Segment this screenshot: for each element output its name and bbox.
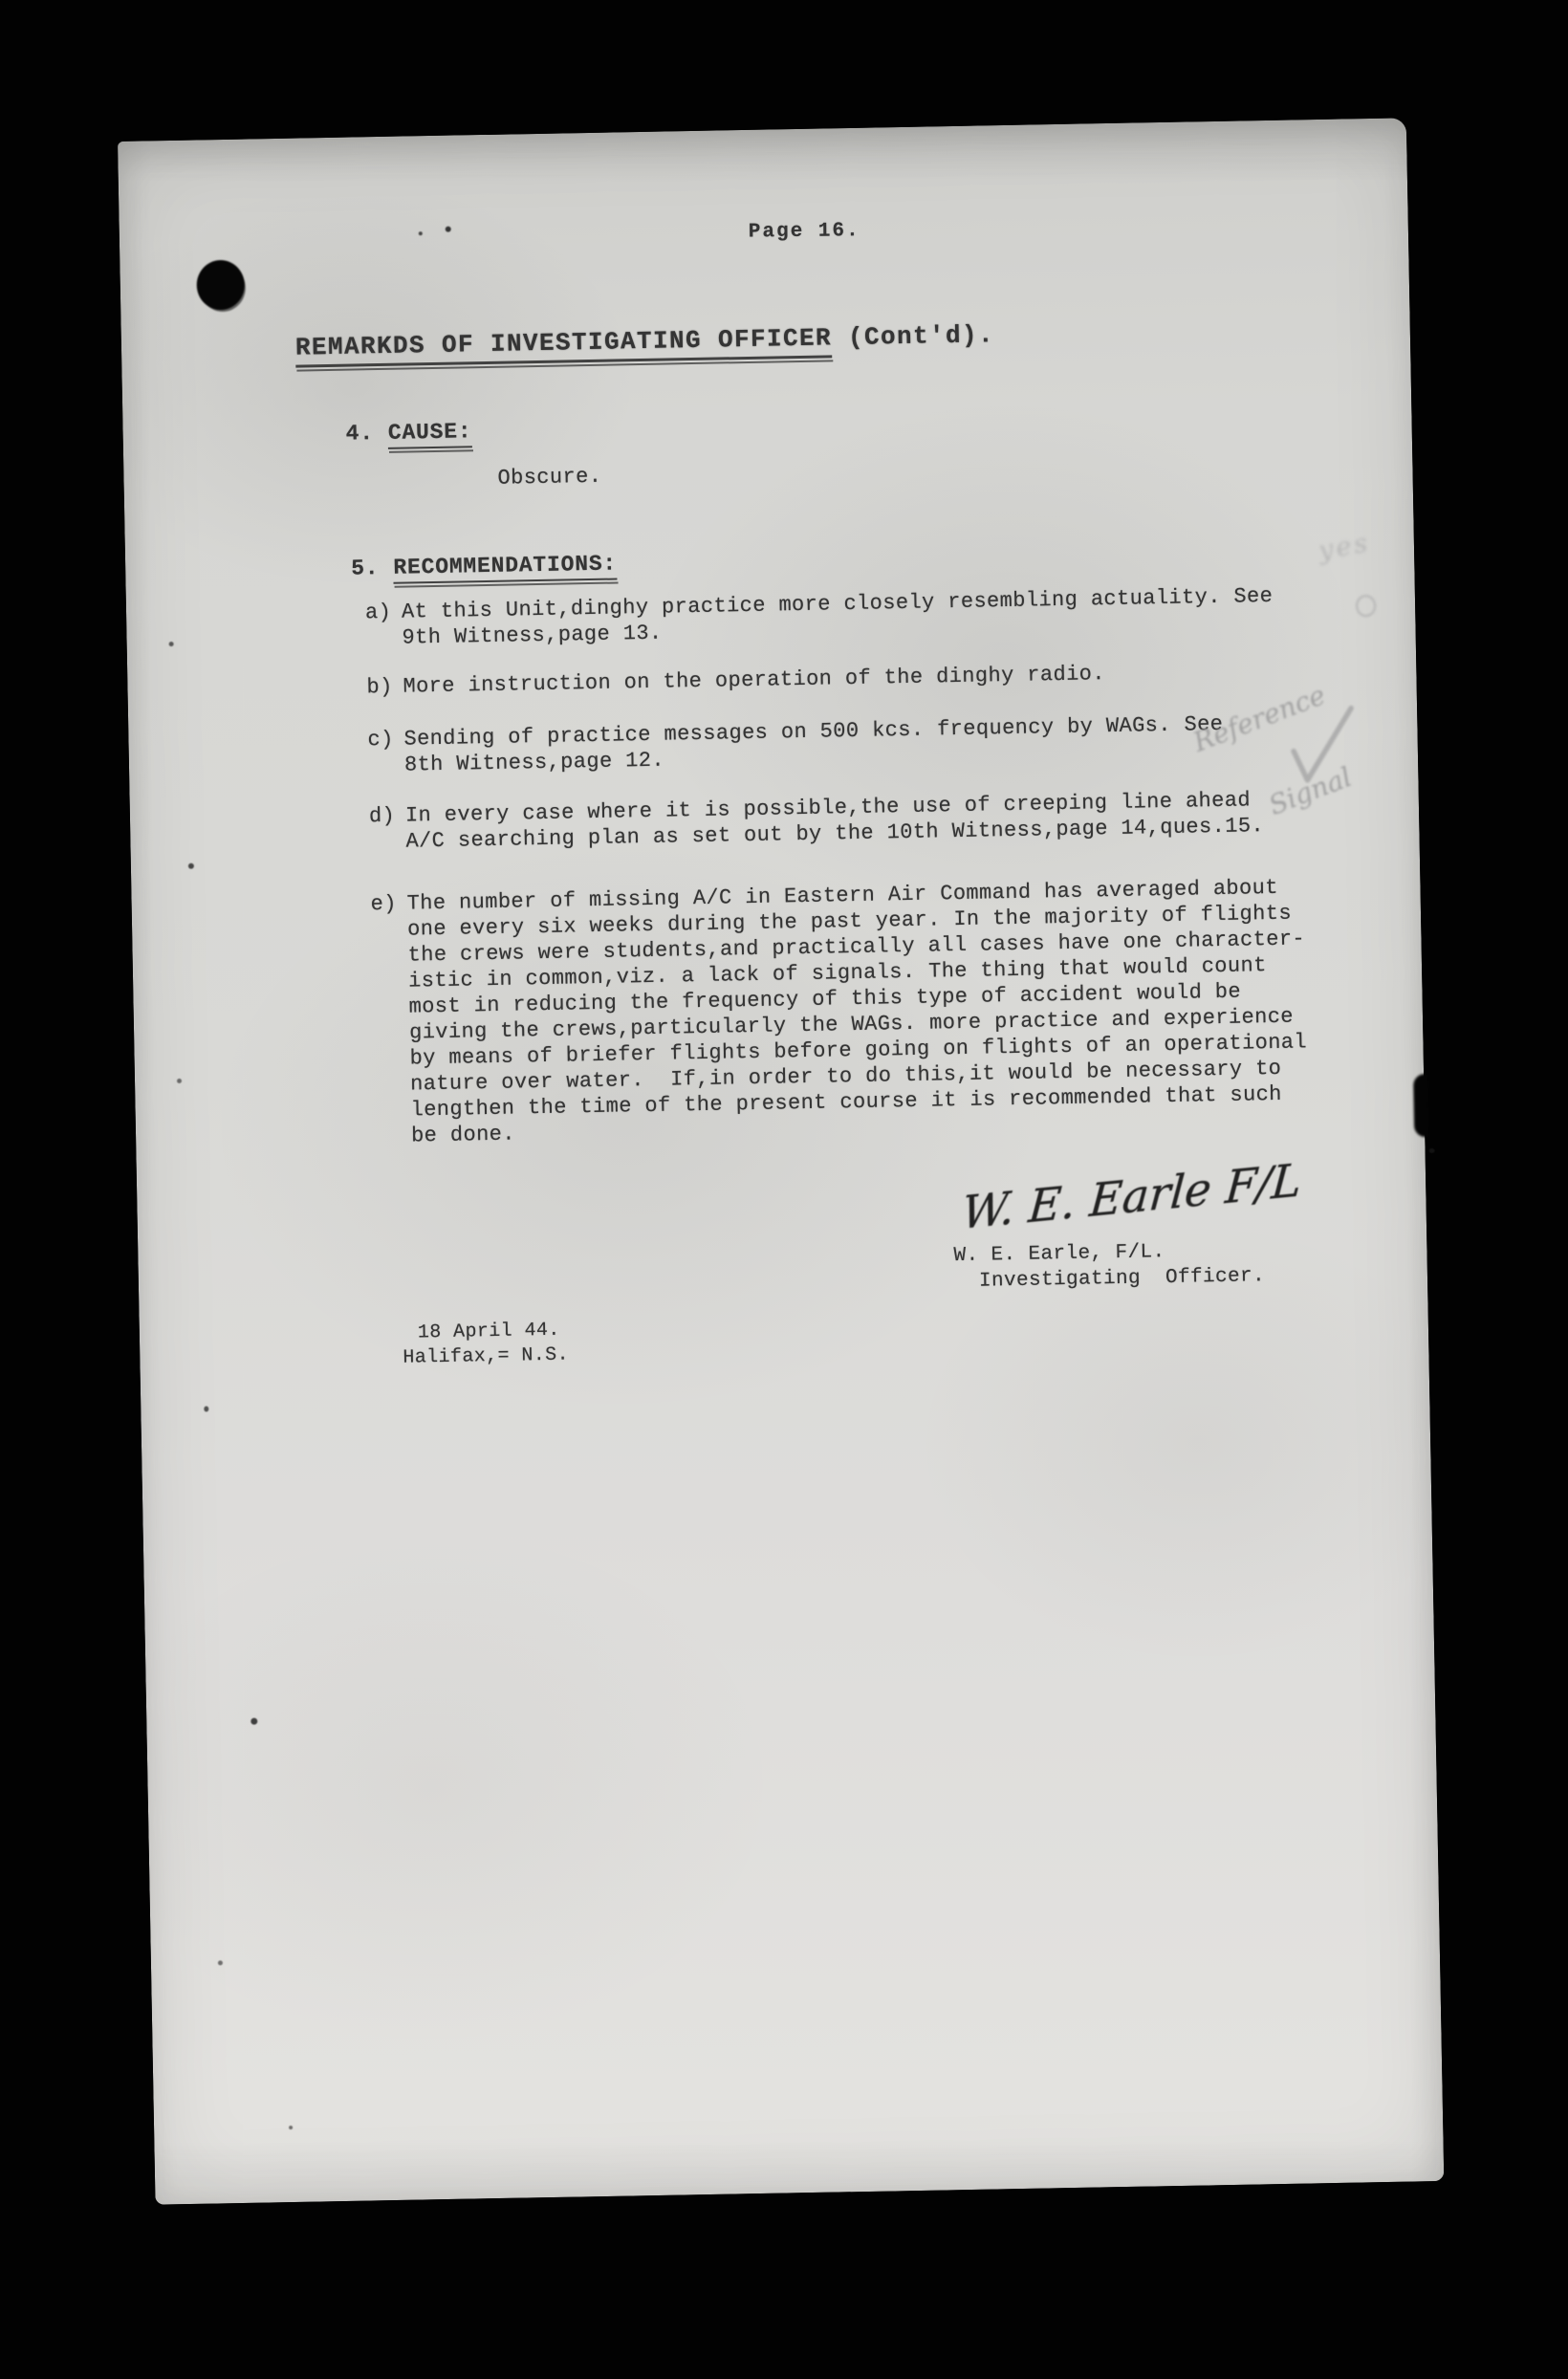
dust-speck [446, 227, 451, 232]
dust-speck [289, 2126, 293, 2129]
section-number: 4. [345, 421, 374, 450]
section-heading: RECOMMENDATIONS: [393, 552, 617, 584]
dust-speck [419, 231, 423, 235]
dust-speck [204, 1406, 208, 1411]
dust-speck [169, 642, 174, 646]
document-title-suffix: (Cont'd). [832, 320, 995, 352]
pencil-checkmark-icon [1284, 696, 1359, 793]
section-cause: 4. CAUSE: [345, 419, 471, 449]
dust-speck [188, 863, 194, 869]
document-title-underlined: REMARKDS OF INVESTIGATING OFFICER [295, 323, 833, 367]
item-text: At this Unit,dinghy practice more closel… [402, 581, 1368, 650]
edge-tear-mark [1413, 1074, 1428, 1137]
signature-script: W. E. Earle F/L [960, 1154, 1303, 1240]
dust-speck [1429, 1148, 1435, 1153]
dust-speck [250, 1718, 257, 1725]
document-title: REMARKDS OF INVESTIGATING OFFICER (Cont'… [295, 320, 995, 361]
document-page: Page 16. REMARKDS OF INVESTIGATING OFFIC… [118, 118, 1444, 2204]
pencil-note-yes: yes [1317, 528, 1373, 566]
dust-speck [218, 1960, 223, 1965]
item-marker: e) [370, 891, 406, 918]
dust-speck [177, 1079, 182, 1083]
scan-background: Page 16. REMARKDS OF INVESTIGATING OFFIC… [0, 0, 1568, 2379]
section-recommendations: 5. RECOMMENDATIONS: [351, 552, 617, 585]
item-marker: d) [369, 803, 405, 830]
cause-body: Obscure. [497, 464, 601, 491]
section-number: 5. [351, 556, 380, 585]
recommendation-item-e: e) The number of missing A/C in Eastern … [370, 873, 1377, 1149]
page-number: Page 16. [749, 220, 860, 243]
hole-punch-mark [196, 260, 245, 311]
section-heading: CAUSE: [388, 419, 472, 449]
signatory-name: W. E. Earle, F/L. [953, 1239, 1165, 1269]
item-marker: a) [365, 600, 402, 626]
document-date: 18 April 44. [418, 1318, 560, 1346]
signatory-title: Investigating Officer. [979, 1263, 1266, 1294]
item-marker: c) [367, 727, 403, 753]
document-location: Halifax,= N.S. [403, 1342, 569, 1371]
item-marker: b) [366, 674, 403, 701]
item-text: The number of missing A/C in Eastern Air… [406, 873, 1377, 1148]
pencil-circle-mark [1356, 595, 1376, 617]
recommendation-item-a: a) At this Unit,dinghy practice more clo… [365, 581, 1368, 651]
